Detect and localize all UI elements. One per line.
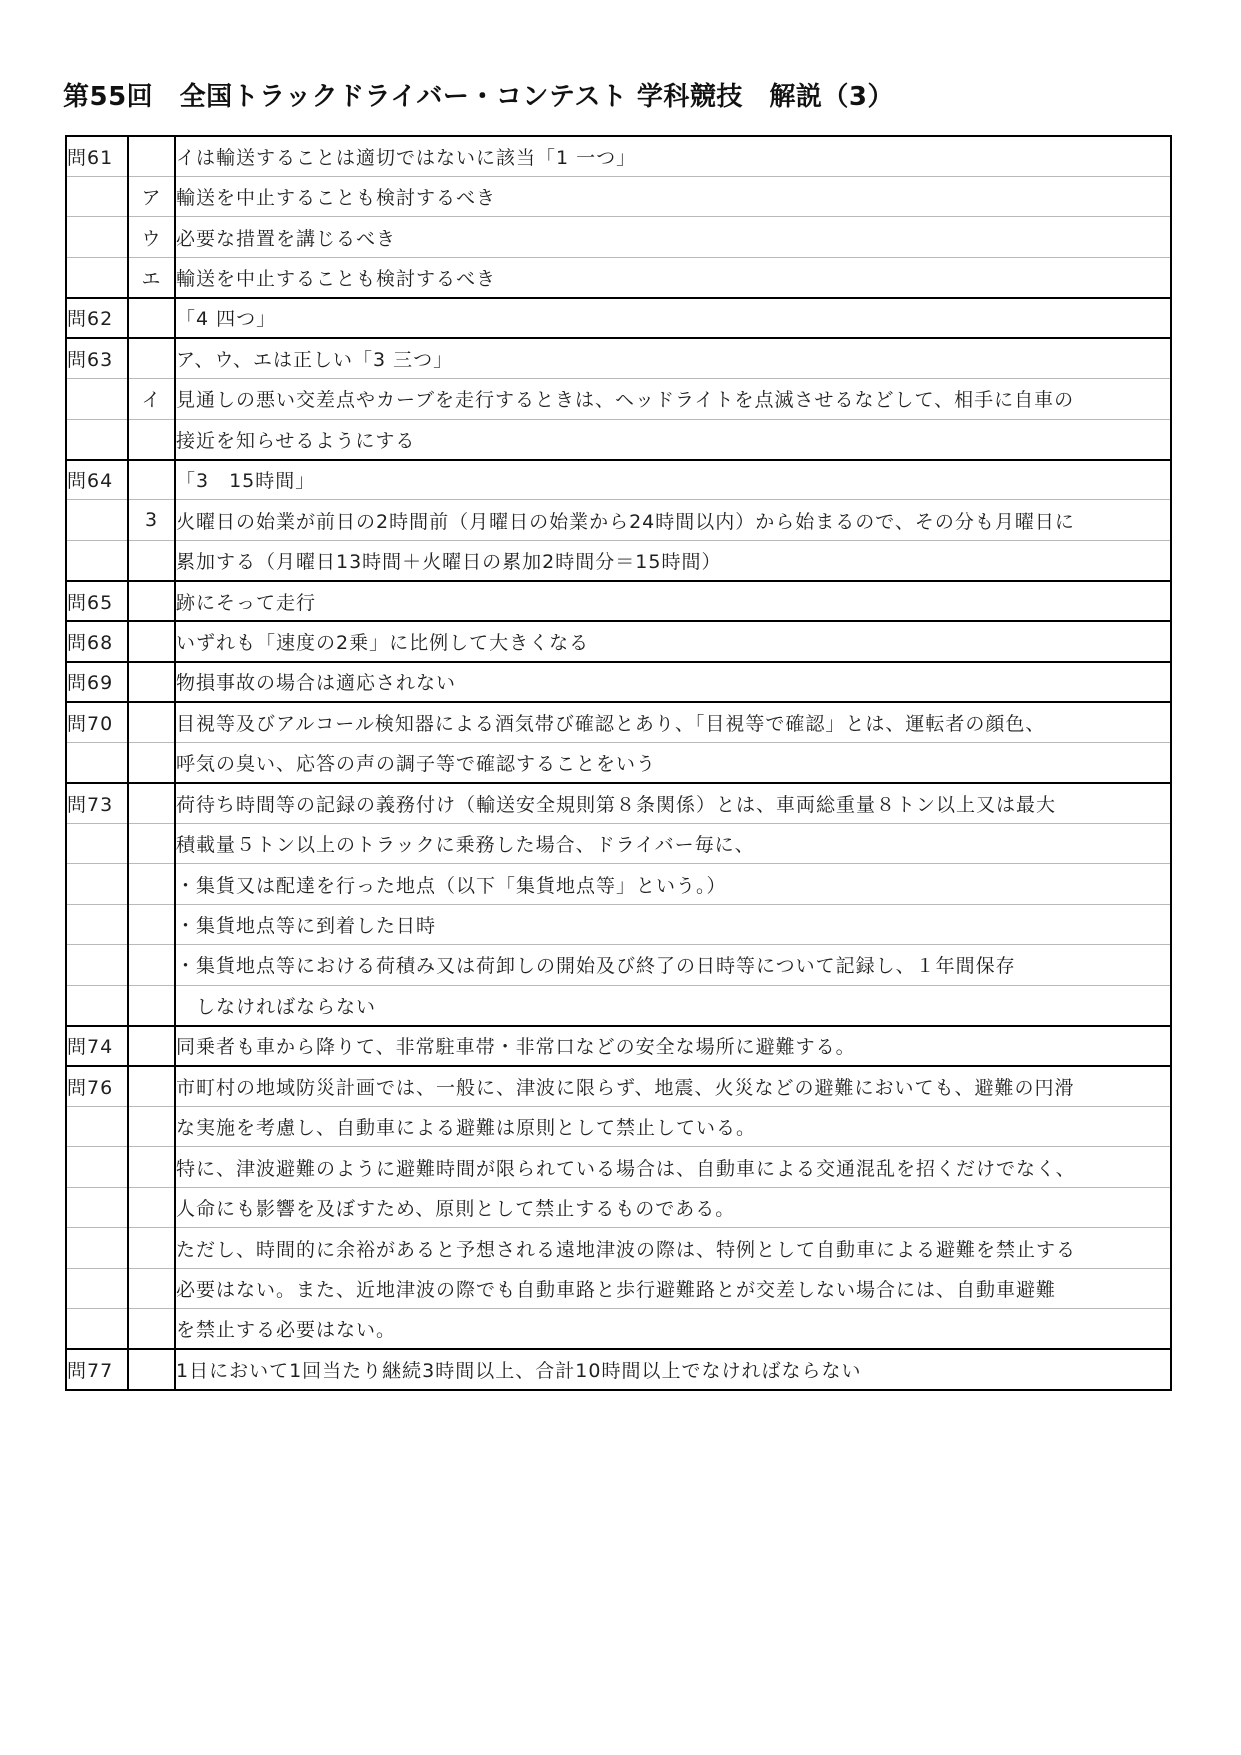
- table-row: 問68 いずれも「速度の2乗」に比例して大きくなる: [66, 621, 1171, 661]
- table-row: 特に、津波避難のように避難時間が限られている場合は、自動車による交通混乱を招くだ…: [66, 1147, 1171, 1187]
- table-row: しなければならない: [66, 985, 1171, 1025]
- document-page: 第55回 全国トラックドライバー・コンテスト 学科競技 解説（3） 問61 イは…: [0, 0, 1241, 1755]
- table-row: 問74 同乗者も車から降りて、非常駐車帯・非常口などの安全な場所に避難する。: [66, 1026, 1171, 1066]
- answers-table: 問61 イは輸送することは適切ではないに該当「1 一つ」 ア 輸送を中止すること…: [65, 135, 1172, 1391]
- answer-text-cell: 火曜日の始業が前日の2時間前（月曜日の始業から24時間以内）から始まるので、その…: [175, 500, 1171, 540]
- sub-label-cell: [128, 1268, 175, 1308]
- sub-label-cell: イ: [128, 379, 175, 419]
- question-number-cell: 問65: [66, 581, 128, 621]
- sub-label-cell: [128, 1107, 175, 1147]
- answer-text-cell: 「3 15時間」: [175, 460, 1171, 500]
- table-row: イ 見通しの悪い交差点やカーブを走行するときは、ヘッドライトを点滅させるなどして…: [66, 379, 1171, 419]
- answer-text-cell: 見通しの悪い交差点やカーブを走行するときは、ヘッドライトを点滅させるなどして、相…: [175, 379, 1171, 419]
- sub-label-cell: [128, 1026, 175, 1066]
- answer-text-cell: しなければならない: [175, 985, 1171, 1025]
- question-number-cell: [66, 904, 128, 944]
- table-row: 問65 跡にそって走行: [66, 581, 1171, 621]
- question-number-cell: 問68: [66, 621, 128, 661]
- answer-text-cell: いずれも「速度の2乗」に比例して大きくなる: [175, 621, 1171, 661]
- table-row: 問61 イは輸送することは適切ではないに該当「1 一つ」: [66, 136, 1171, 176]
- sub-label-cell: [128, 985, 175, 1025]
- answer-text-cell: な実施を考慮し、自動車による避難は原則として禁止している。: [175, 1107, 1171, 1147]
- question-number-cell: [66, 217, 128, 257]
- table-row: 人命にも影響を及ぼすため、原則として禁止するものである。: [66, 1187, 1171, 1227]
- sub-label-cell: [128, 338, 175, 378]
- answer-text-cell: 接近を知らせるようにする: [175, 419, 1171, 459]
- answer-text-cell: 「4 四つ」: [175, 298, 1171, 338]
- sub-label-cell: ウ: [128, 217, 175, 257]
- table-row: ・集貨又は配達を行った地点（以下「集貨地点等」という。）: [66, 864, 1171, 904]
- question-number-cell: [66, 500, 128, 540]
- question-number-cell: 問64: [66, 460, 128, 500]
- answer-text-cell: 物損事故の場合は適応されない: [175, 662, 1171, 702]
- answer-text-cell: 特に、津波避難のように避難時間が限られている場合は、自動車による交通混乱を招くだ…: [175, 1147, 1171, 1187]
- answer-text-cell: ・集貨地点等における荷積み又は荷卸しの開始及び終了の日時等について記録し、１年間…: [175, 945, 1171, 985]
- question-number-cell: 問69: [66, 662, 128, 702]
- sub-label-cell: [128, 783, 175, 823]
- sub-label-cell: [128, 1228, 175, 1268]
- table-row: を禁止する必要はない。: [66, 1309, 1171, 1349]
- table-row: 3 火曜日の始業が前日の2時間前（月曜日の始業から24時間以内）から始まるので、…: [66, 500, 1171, 540]
- sub-label-cell: [128, 581, 175, 621]
- answer-text-cell: 呼気の臭い、応答の声の調子等で確認することをいう: [175, 743, 1171, 783]
- answer-text-cell: ・集貨地点等に到着した日時: [175, 904, 1171, 944]
- question-number-cell: 問63: [66, 338, 128, 378]
- table-row: 問69 物損事故の場合は適応されない: [66, 662, 1171, 702]
- question-number-cell: [66, 985, 128, 1025]
- question-number-cell: 問76: [66, 1066, 128, 1106]
- sub-label-cell: [128, 743, 175, 783]
- sub-label-cell: [128, 823, 175, 863]
- sub-label-cell: [128, 702, 175, 742]
- answer-text-cell: 必要はない。また、近地津波の際でも自動車路と歩行避難路とが交差しない場合には、自…: [175, 1268, 1171, 1308]
- sub-label-cell: [128, 945, 175, 985]
- answer-text-cell: ア、ウ、エは正しい「3 三つ」: [175, 338, 1171, 378]
- answer-text-cell: 荷待ち時間等の記録の義務付け（輸送安全規則第８条関係）とは、車両総重量８トン以上…: [175, 783, 1171, 823]
- answer-text-cell: 人命にも影響を及ぼすため、原則として禁止するものである。: [175, 1187, 1171, 1227]
- table-row: ア 輸送を中止することも検討するべき: [66, 176, 1171, 216]
- answer-text-cell: 同乗者も車から降りて、非常駐車帯・非常口などの安全な場所に避難する。: [175, 1026, 1171, 1066]
- sub-label-cell: [128, 864, 175, 904]
- table-row: 問70 目視等及びアルコール検知器による酒気帯び確認とあり、「目視等で確認」とは…: [66, 702, 1171, 742]
- question-number-cell: 問73: [66, 783, 128, 823]
- sub-label-cell: [128, 298, 175, 338]
- table-row: 問62 「4 四つ」: [66, 298, 1171, 338]
- question-number-cell: [66, 1107, 128, 1147]
- sub-label-cell: [128, 136, 175, 176]
- answer-text-cell: 1日において1回当たり継続3時間以上、合計10時間以上でなければならない: [175, 1349, 1171, 1389]
- question-number-cell: 問70: [66, 702, 128, 742]
- answer-text-cell: ・集貨又は配達を行った地点（以下「集貨地点等」という。）: [175, 864, 1171, 904]
- question-number-cell: [66, 419, 128, 459]
- table-row: ただし、時間的に余裕があると予想される遠地津波の際は、特例として自動車による避難…: [66, 1228, 1171, 1268]
- question-number-cell: [66, 379, 128, 419]
- table-row: 累加する（月曜日13時間＋火曜日の累加2時間分＝15時間）: [66, 540, 1171, 580]
- table-row: 呼気の臭い、応答の声の調子等で確認することをいう: [66, 743, 1171, 783]
- table-row: エ 輸送を中止することも検討するべき: [66, 257, 1171, 297]
- table-row: 問64 「3 15時間」: [66, 460, 1171, 500]
- question-number-cell: [66, 743, 128, 783]
- sub-label-cell: [128, 662, 175, 702]
- sub-label-cell: [128, 1349, 175, 1389]
- answer-text-cell: 積載量５トン以上のトラックに乗務した場合、ドライバー毎に、: [175, 823, 1171, 863]
- sub-label-cell: [128, 1066, 175, 1106]
- question-number-cell: [66, 823, 128, 863]
- sub-label-cell: エ: [128, 257, 175, 297]
- table-row: 必要はない。また、近地津波の際でも自動車路と歩行避難路とが交差しない場合には、自…: [66, 1268, 1171, 1308]
- answer-text-cell: 跡にそって走行: [175, 581, 1171, 621]
- sub-label-cell: [128, 904, 175, 944]
- question-number-cell: 問61: [66, 136, 128, 176]
- answer-text-cell: 市町村の地域防災計画では、一般に、津波に限らず、地震、火災などの避難においても、…: [175, 1066, 1171, 1106]
- question-number-cell: 問62: [66, 298, 128, 338]
- table-row: 問63 ア、ウ、エは正しい「3 三つ」: [66, 338, 1171, 378]
- table-row: 問76 市町村の地域防災計画では、一般に、津波に限らず、地震、火災などの避難にお…: [66, 1066, 1171, 1106]
- question-number-cell: [66, 257, 128, 297]
- answer-text-cell: 目視等及びアルコール検知器による酒気帯び確認とあり、「目視等で確認」とは、運転者…: [175, 702, 1171, 742]
- table-row: 問73 荷待ち時間等の記録の義務付け（輸送安全規則第８条関係）とは、車両総重量８…: [66, 783, 1171, 823]
- table-row: 接近を知らせるようにする: [66, 419, 1171, 459]
- sub-label-cell: [128, 419, 175, 459]
- answer-text-cell: 輸送を中止することも検討するべき: [175, 257, 1171, 297]
- question-number-cell: 問77: [66, 1349, 128, 1389]
- table-row: 問77 1日において1回当たり継続3時間以上、合計10時間以上でなければならない: [66, 1349, 1171, 1389]
- table-row: 積載量５トン以上のトラックに乗務した場合、ドライバー毎に、: [66, 823, 1171, 863]
- answer-text-cell: イは輸送することは適切ではないに該当「1 一つ」: [175, 136, 1171, 176]
- sub-label-cell: [128, 460, 175, 500]
- sub-label-cell: [128, 621, 175, 661]
- question-number-cell: [66, 1147, 128, 1187]
- table-row: ・集貨地点等における荷積み又は荷卸しの開始及び終了の日時等について記録し、１年間…: [66, 945, 1171, 985]
- sub-label-cell: ア: [128, 176, 175, 216]
- sub-label-cell: [128, 540, 175, 580]
- question-number-cell: [66, 864, 128, 904]
- question-number-cell: [66, 176, 128, 216]
- question-number-cell: [66, 945, 128, 985]
- answer-text-cell: 必要な措置を講じるべき: [175, 217, 1171, 257]
- answer-text-cell: 累加する（月曜日13時間＋火曜日の累加2時間分＝15時間）: [175, 540, 1171, 580]
- answer-text-cell: ただし、時間的に余裕があると予想される遠地津波の際は、特例として自動車による避難…: [175, 1228, 1171, 1268]
- question-number-cell: [66, 1187, 128, 1227]
- page-title: 第55回 全国トラックドライバー・コンテスト 学科競技 解説（3）: [63, 76, 894, 113]
- question-number-cell: [66, 1268, 128, 1308]
- question-number-cell: [66, 1309, 128, 1349]
- table-row: ・集貨地点等に到着した日時: [66, 904, 1171, 944]
- sub-label-cell: [128, 1309, 175, 1349]
- question-number-cell: 問74: [66, 1026, 128, 1066]
- answer-text-cell: 輸送を中止することも検討するべき: [175, 176, 1171, 216]
- table-row: ウ 必要な措置を講じるべき: [66, 217, 1171, 257]
- sub-label-cell: [128, 1147, 175, 1187]
- sub-label-cell: [128, 1187, 175, 1227]
- answer-text-cell: を禁止する必要はない。: [175, 1309, 1171, 1349]
- table-row: な実施を考慮し、自動車による避難は原則として禁止している。: [66, 1107, 1171, 1147]
- sub-label-cell: 3: [128, 500, 175, 540]
- question-number-cell: [66, 540, 128, 580]
- question-number-cell: [66, 1228, 128, 1268]
